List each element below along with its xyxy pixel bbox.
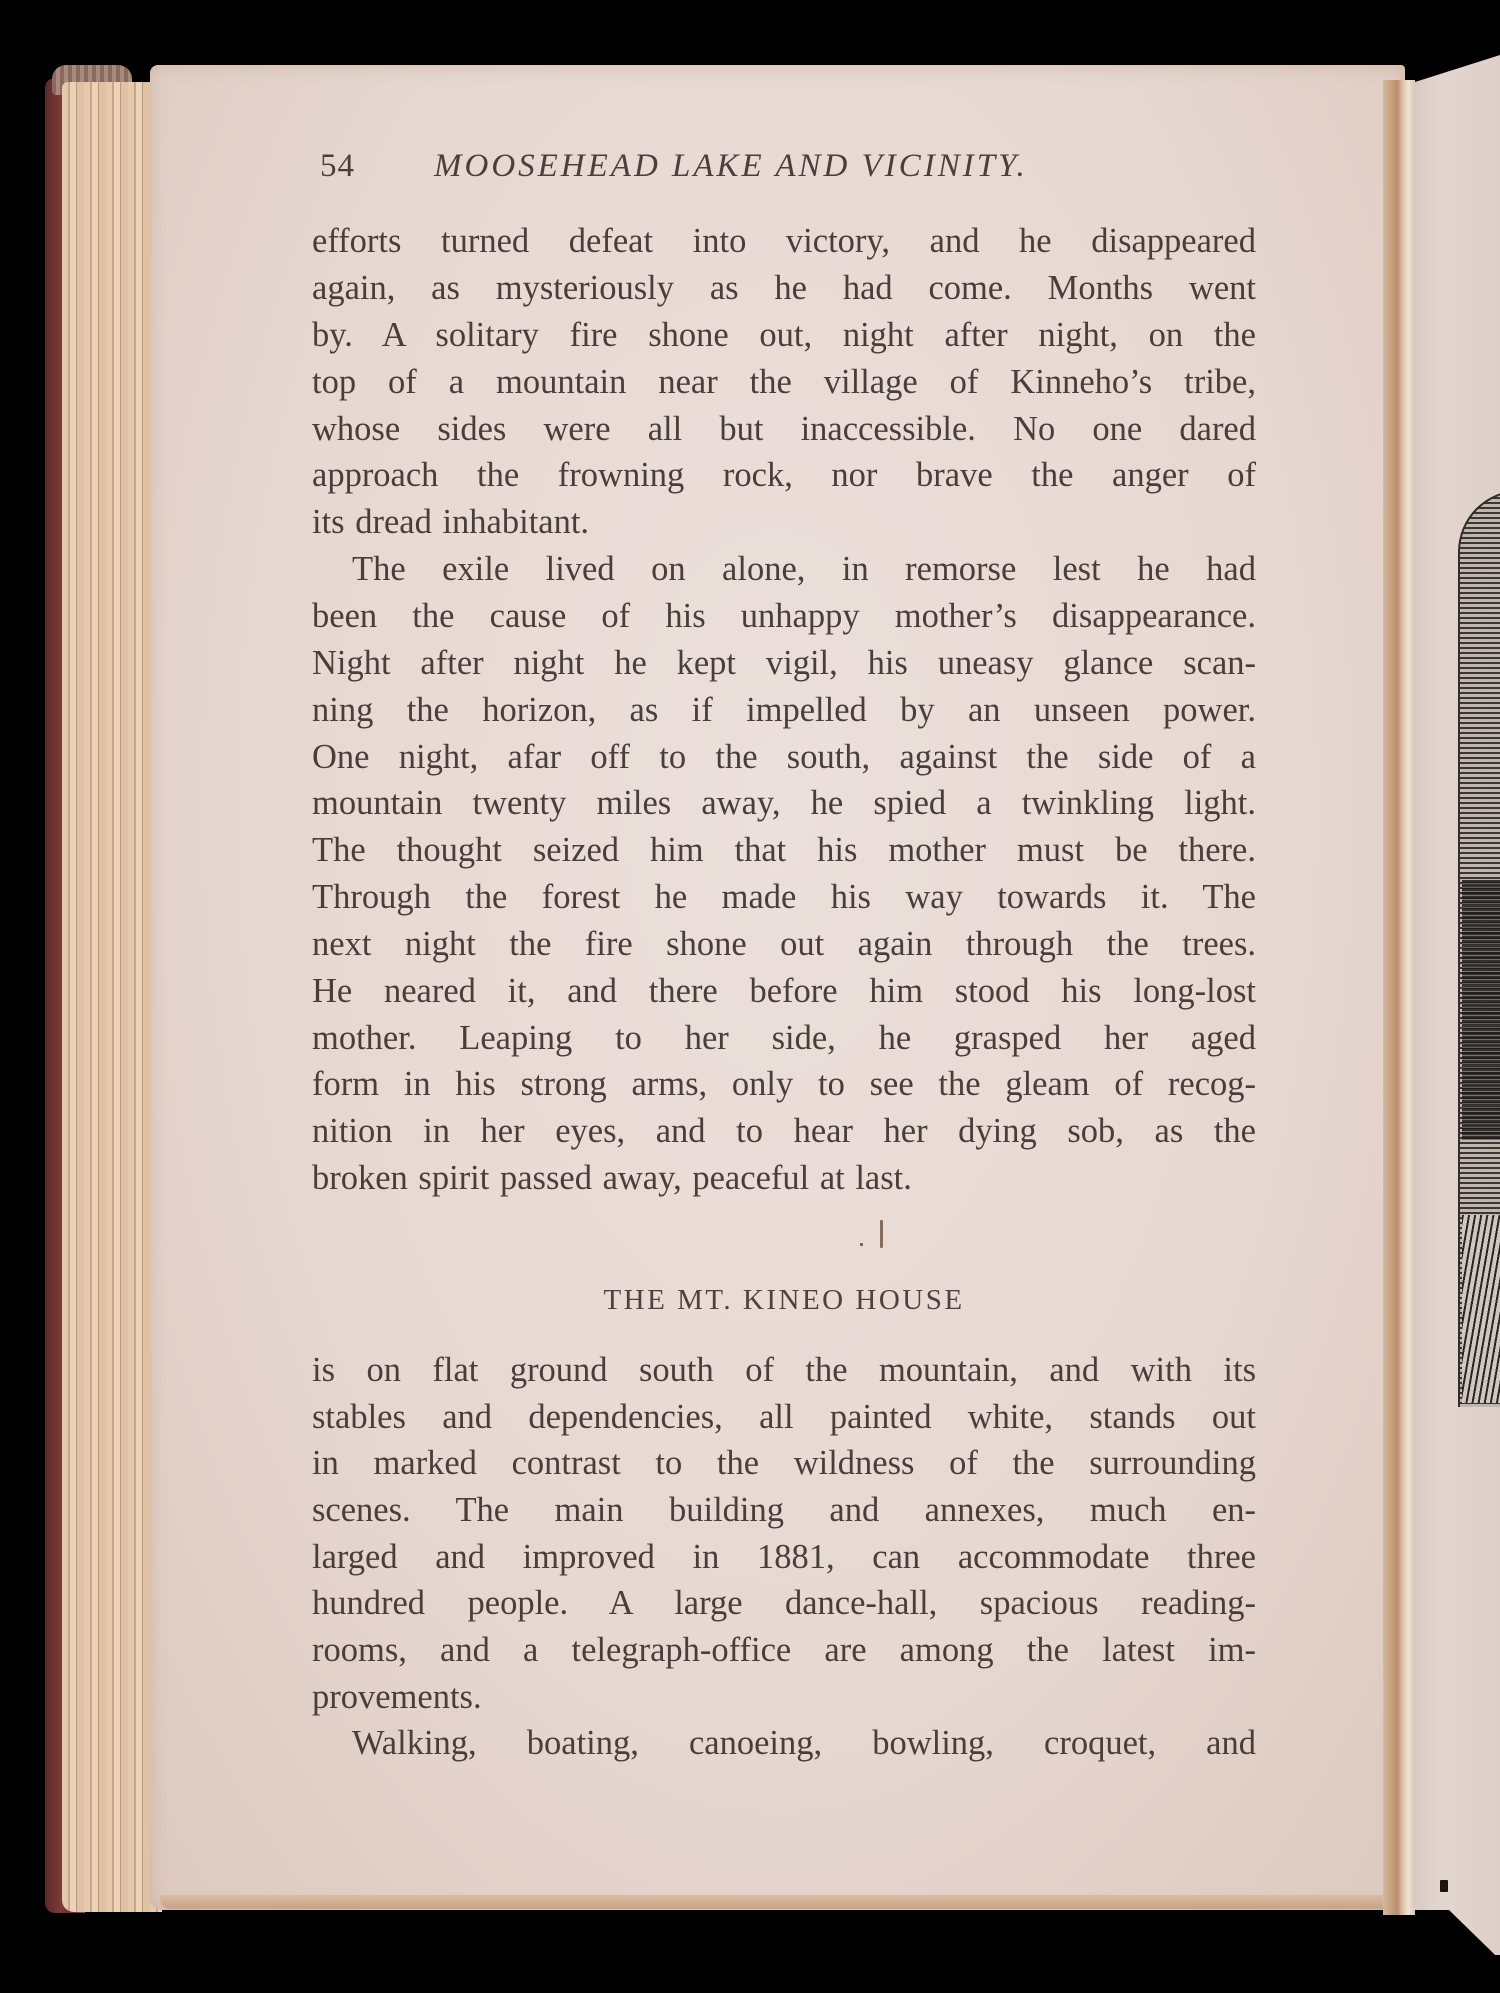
body-line: larged and improved in 1881, can accommo… bbox=[312, 1534, 1256, 1580]
engraving-foreground bbox=[1462, 1215, 1500, 1403]
page-bottom-edge bbox=[160, 1895, 1400, 1909]
engraving-dark-band bbox=[1462, 880, 1500, 1140]
body-line: form in his strong arms, only to see the… bbox=[312, 1061, 1256, 1107]
body-line: its dread inhabitant. bbox=[312, 499, 1256, 545]
running-head: 54 MOOSEHEAD LAKE AND VICINITY. bbox=[320, 148, 1220, 188]
speck bbox=[860, 1243, 863, 1246]
body-line: The exile lived on alone, in remorse les… bbox=[312, 546, 1256, 592]
body-line: The thought seized him that his mother m… bbox=[312, 827, 1256, 873]
page-number: 54 bbox=[320, 148, 355, 185]
speck bbox=[1440, 1880, 1448, 1892]
running-head-title: MOOSEHEAD LAKE AND VICINITY. bbox=[434, 148, 1028, 185]
body-line: mountain twenty miles away, he spied a t… bbox=[312, 780, 1256, 826]
body-line: by. A solitary fire shone out, night aft… bbox=[312, 312, 1256, 358]
page-fore-edge bbox=[62, 82, 162, 1912]
body-line: is on flat ground south of the mountain,… bbox=[312, 1347, 1256, 1393]
body-line: He neared it, and there before him stood… bbox=[312, 968, 1256, 1014]
body-line: One night, afar off to the south, agains… bbox=[312, 734, 1256, 780]
body-line: nition in her eyes, and to hear her dyin… bbox=[312, 1108, 1256, 1154]
gutter bbox=[1383, 80, 1415, 1915]
body-line: again, as mysteriously as he had come. M… bbox=[312, 265, 1256, 311]
body-line: next night the fire shone out again thro… bbox=[312, 921, 1256, 967]
body-line: efforts turned defeat into victory, and … bbox=[312, 218, 1256, 264]
body-line: hundred people. A large dance-hall, spac… bbox=[312, 1580, 1256, 1626]
speck bbox=[880, 1220, 883, 1248]
body-line: ning the horizon, as if impelled by an u… bbox=[312, 687, 1256, 733]
body-line: rooms, and a telegraph-office are among … bbox=[312, 1627, 1256, 1673]
body-line: scenes. The main building and annexes, m… bbox=[312, 1487, 1256, 1533]
body-line: Through the forest he made his way towar… bbox=[312, 874, 1256, 920]
body-line: whose sides were all but inaccessible. N… bbox=[312, 406, 1256, 452]
body-line: provements. bbox=[312, 1674, 1256, 1720]
body-line: Night after night he kept vigil, his une… bbox=[312, 640, 1256, 686]
body-line: been the cause of his unhappy mother’s d… bbox=[312, 593, 1256, 639]
body-line: mother. Leaping to her side, he grasped … bbox=[312, 1015, 1256, 1061]
body-line: in marked contrast to the wildness of th… bbox=[312, 1440, 1256, 1486]
body-line: approach the frowning rock, nor brave th… bbox=[312, 452, 1256, 498]
body-line: stables and dependencies, all painted wh… bbox=[312, 1394, 1256, 1440]
body-line: broken spirit passed away, peaceful at l… bbox=[312, 1155, 1256, 1201]
section-heading: THE MT. KINEO HOUSE bbox=[312, 1280, 1256, 1320]
body-line: Walking, boating, canoeing, bowling, cro… bbox=[312, 1720, 1256, 1766]
body-line: top of a mountain near the village of Ki… bbox=[312, 359, 1256, 405]
